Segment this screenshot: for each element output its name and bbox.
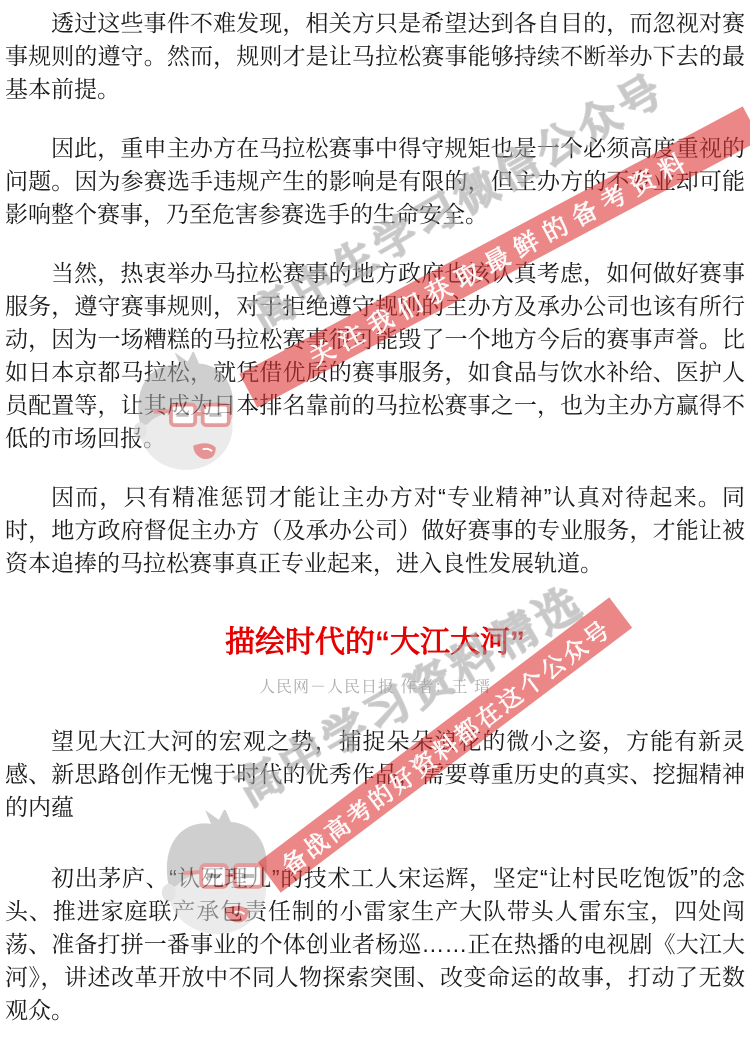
article-byline: 人民网－人民日报 作者：王 瑨 [5, 674, 745, 697]
body-paragraph: 因此，重申主办方在马拉松赛事中得守规矩也是一个必须高度重视的问题。因为参赛选手违… [5, 132, 745, 231]
body-paragraph: 因而，只有精准惩罚才能让主办方对“专业精神”认真对待起来。同时，地方政府督促主办… [5, 481, 745, 580]
body-paragraph: 当然，热衷举办马拉松赛事的地方政府也该认真考虑，如何做好赛事服务，遵守赛事规则，… [5, 257, 745, 455]
body-paragraph: 望见大江大河的宏观之势，捕捉朵朵浪花的微小之姿，方能有新灵感、新思路创作无愧于时… [5, 725, 745, 824]
body-paragraph: 透过这些事件不难发现，相关方只是希望达到各自目的，而忽视对赛事规则的遵守。然而，… [5, 7, 745, 106]
article-title: 描绘时代的“大江大河” [5, 626, 745, 660]
body-paragraph: 初出茅庐、“认死理儿”的技术工人宋运辉，坚定“让村民吃饱饭”的念头、推进家庭联产… [5, 862, 745, 1027]
document-page: 透过这些事件不难发现，相关方只是希望达到各自目的，而忽视对赛事规则的遵守。然而，… [0, 0, 750, 1053]
